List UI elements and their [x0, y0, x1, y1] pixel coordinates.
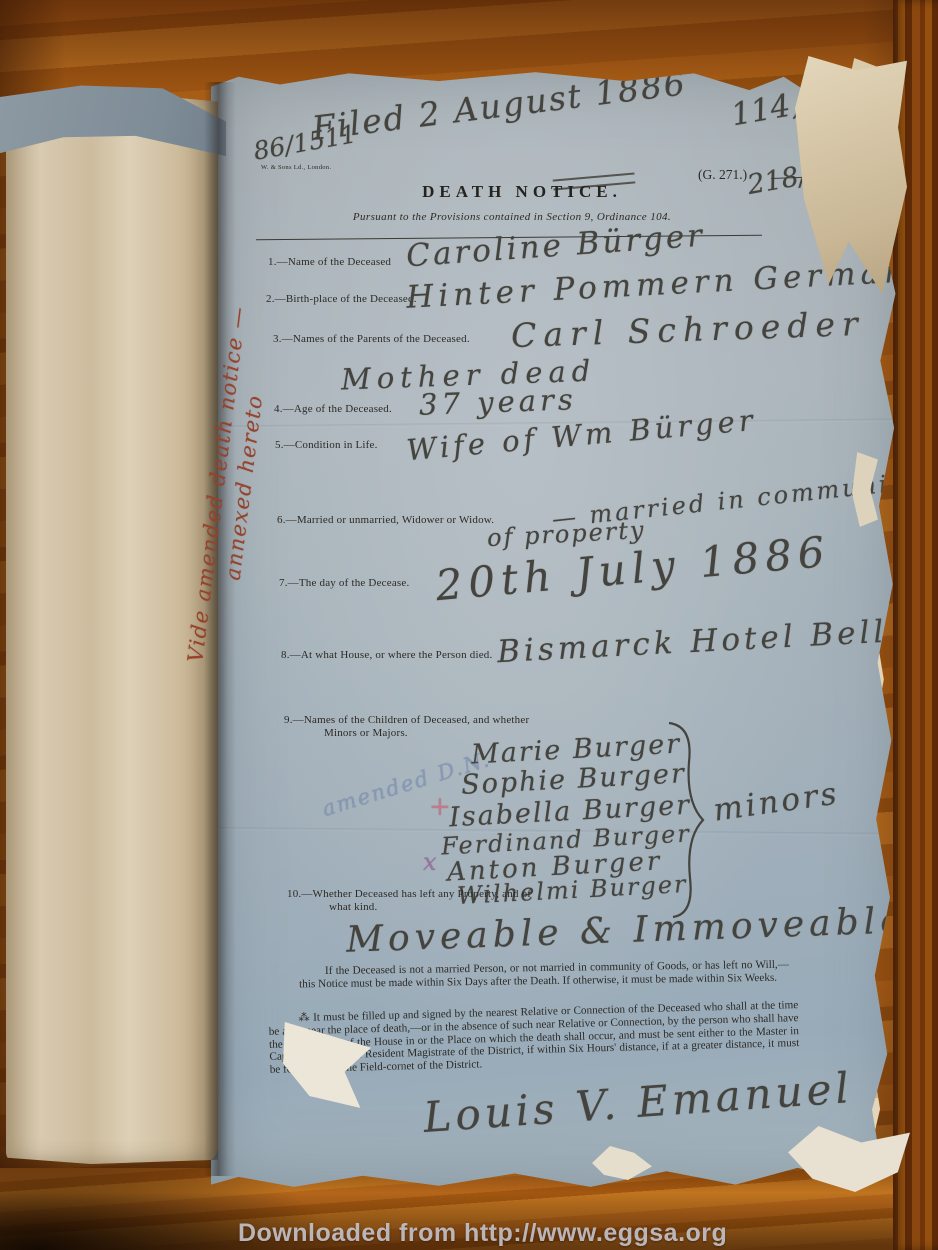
children-minors-note: minors [711, 775, 841, 828]
item-3-answer: Carl Schroeder [510, 304, 865, 355]
anton-x-mark: x [423, 848, 437, 876]
form-subtitle: Pursuant to the Provisions contained in … [211, 211, 813, 223]
item-10-label-2: what kind. [329, 901, 377, 913]
item-7-label: 7.—The day of the Decease. [279, 577, 409, 589]
filed-annotation: Filed 2 August 1886 [310, 63, 689, 148]
page-title: DEATH NOTICE. [211, 182, 833, 202]
death-notice-page: Filed 2 August 1886 114,6 218/86 86/1511… [211, 70, 901, 1188]
item-3-label: 3.—Names of the Parents of the Deceased. [273, 333, 470, 345]
item-9-label: 9.—Names of the Children of Deceased, an… [284, 714, 529, 726]
minors-brace-icon [663, 720, 707, 920]
item-8-label: 8.—At what House, or where the Person di… [281, 649, 492, 661]
isabella-cross-mark: + [429, 792, 451, 822]
signature: Louis V. Emanuel [422, 1063, 855, 1142]
item-10-answer: Moveable & Immoveable [345, 900, 907, 961]
photo-of-document: Filed 2 August 1886 114,6 218/86 86/1511… [0, 0, 938, 1250]
item-4-answer: 37 years [418, 382, 577, 421]
item-6-label: 6.—Married or unmarried, Widower or Wido… [277, 514, 494, 526]
printer-imprint: W. & Sons Ld., London. [261, 164, 331, 171]
item-8-answer: Bismarck Hotel Bell [496, 614, 888, 670]
item-4-label: 4.—Age of the Deceased. [274, 403, 392, 415]
item-9-label-2: Minors or Majors. [324, 727, 408, 739]
form-code: (G. 271.) [698, 167, 747, 183]
item-2-label: 2.—Birth-place of the Deceased. [266, 293, 417, 305]
file-number-left: 86/1511 [251, 119, 358, 166]
eggsa-watermark: Downloaded from http://www.eggsa.org [238, 1219, 727, 1248]
item-10-label: 10.—Whether Deceased has left any Proper… [287, 888, 531, 900]
item-5-label: 5.—Condition in Life. [275, 439, 378, 451]
footnote-six-days: If the Deceased is not a married Person,… [299, 959, 789, 991]
